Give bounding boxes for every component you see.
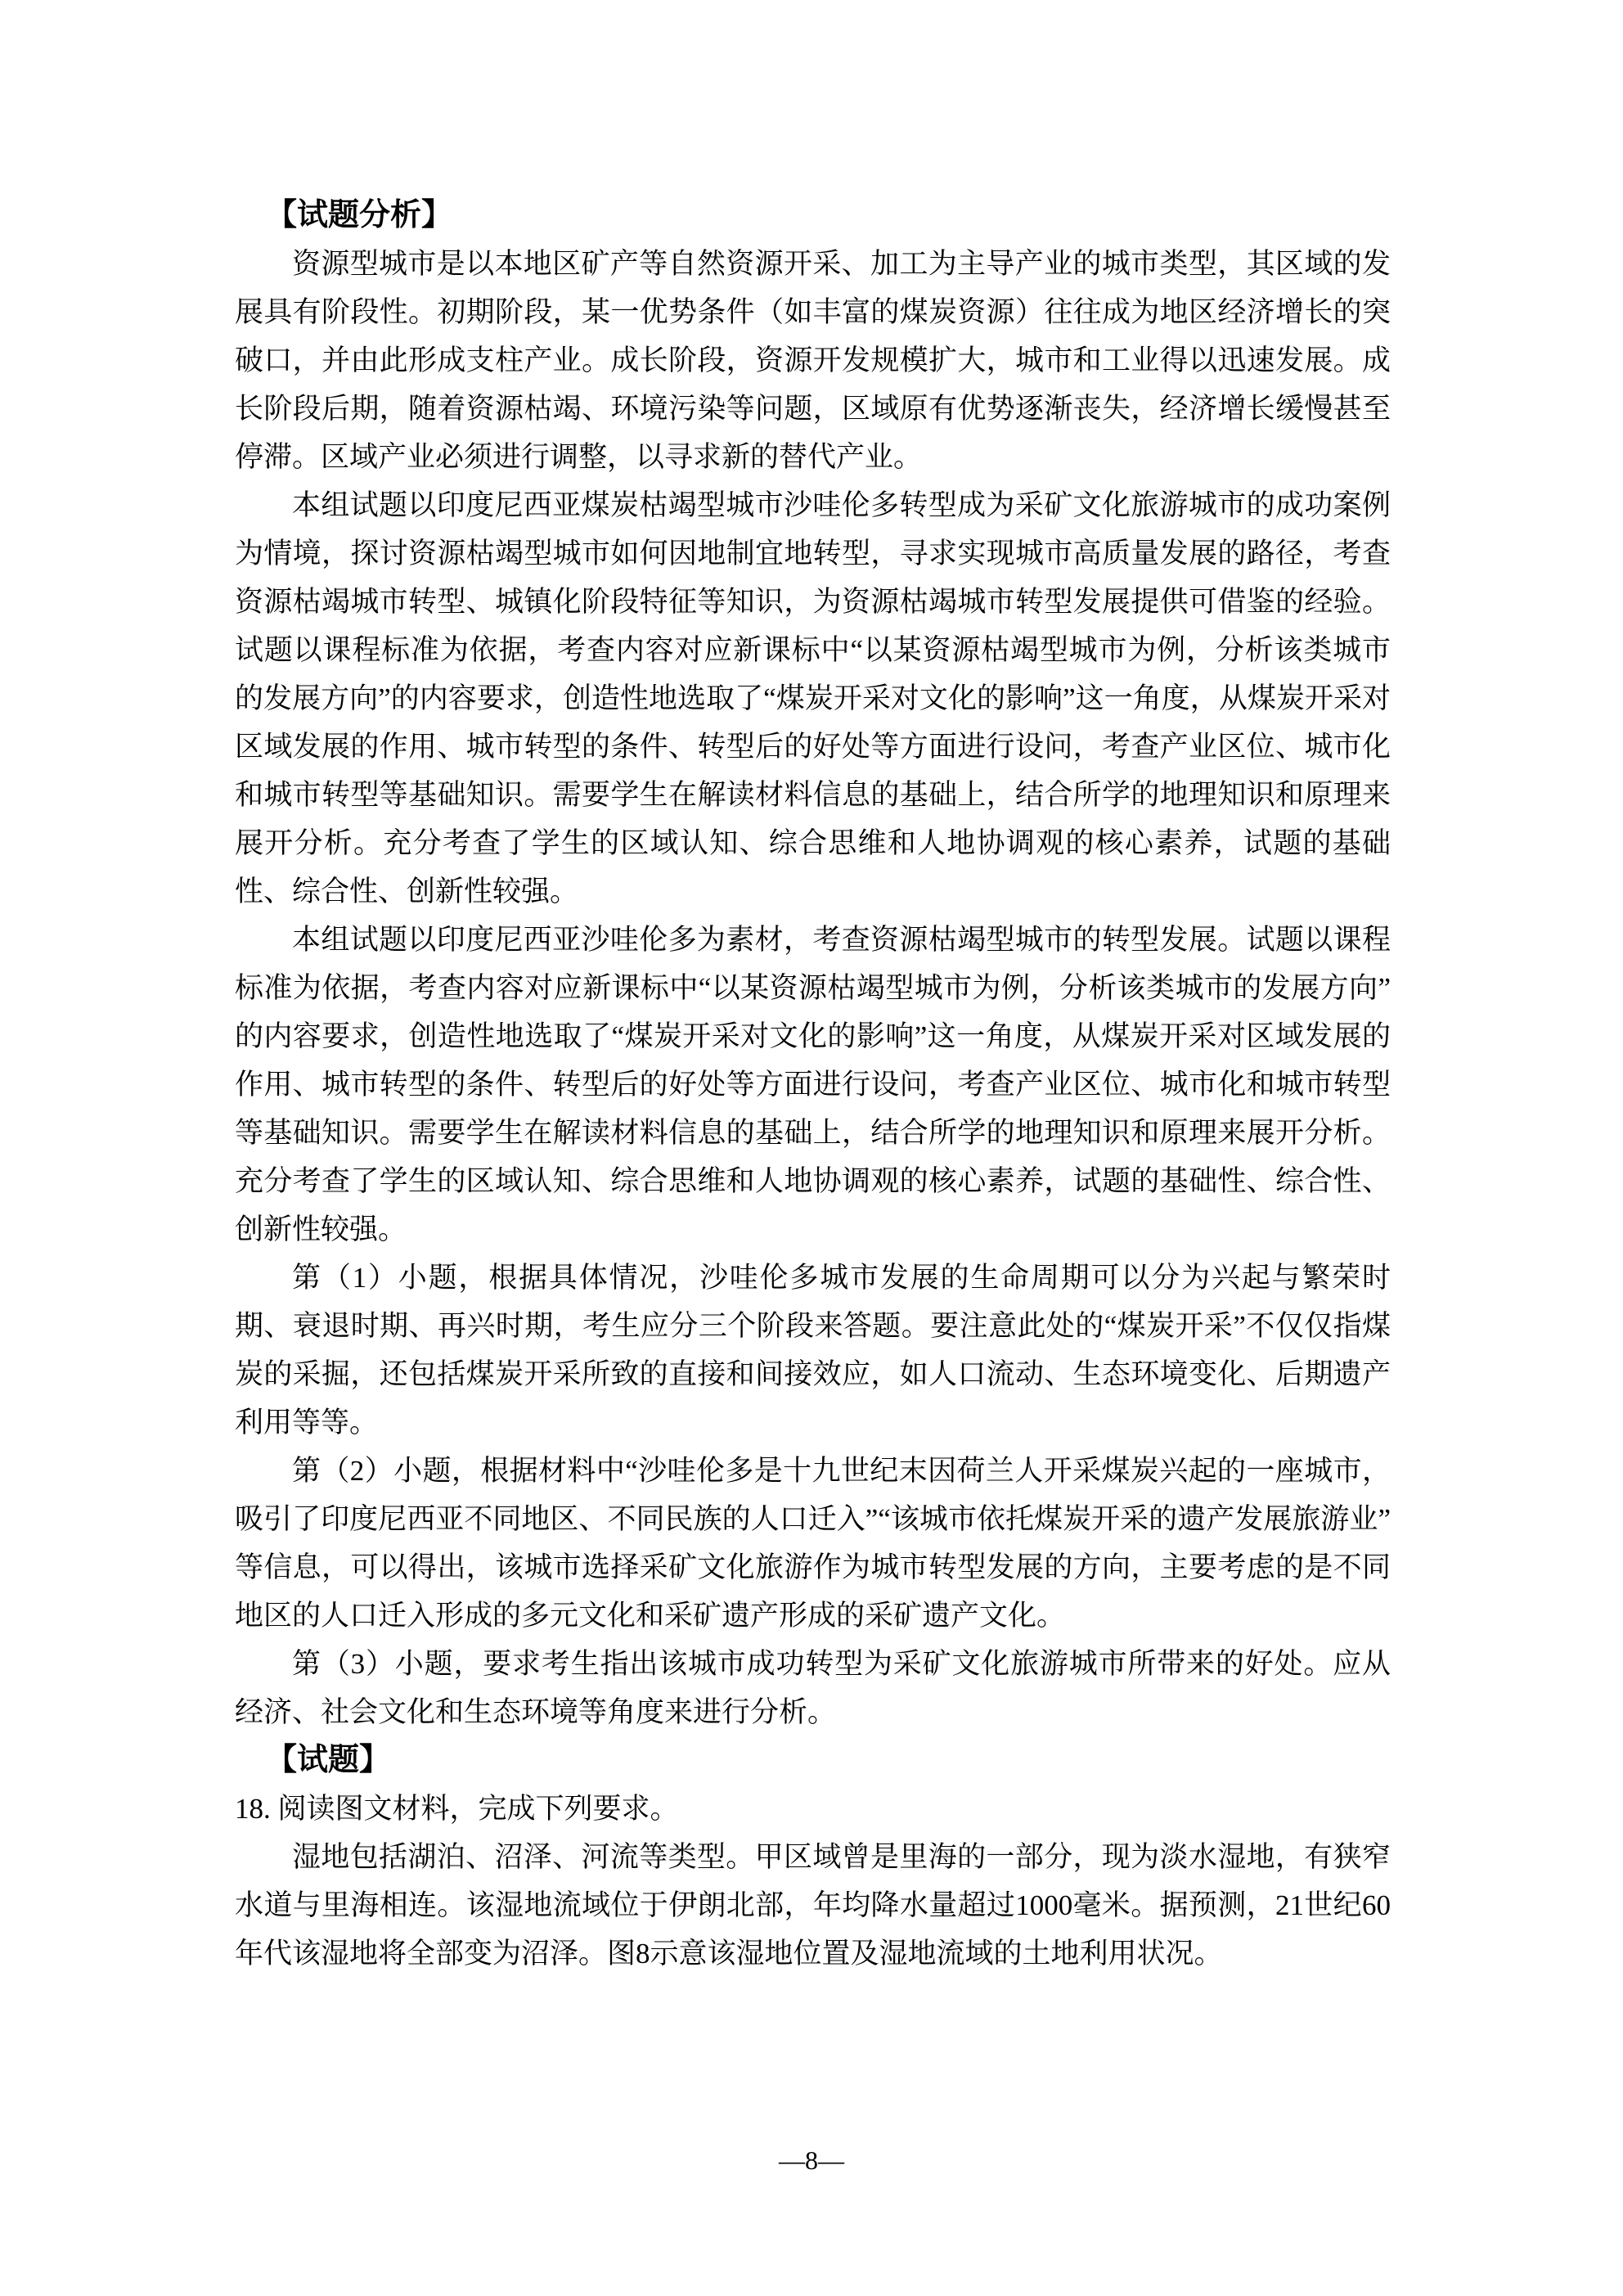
section-heading-question: 【试题】: [235, 1736, 1391, 1785]
analysis-paragraph-subquestion-1: 第（1）小题，根据具体情况，沙哇伦多城市发展的生命周期可以分为兴起与繁荣时期、衰…: [235, 1254, 1391, 1447]
question-18-material-paragraph: 湿地包括湖泊、沼泽、河流等类型。甲区域曾是里海的一部分，现为淡水湿地，有狭窄水道…: [235, 1833, 1391, 1978]
analysis-paragraph-subquestion-2: 第（2）小题，根据材料中“沙哇伦多是十九世纪末因荷兰人开采煤炭兴起的一座城市，吸…: [235, 1447, 1391, 1640]
analysis-paragraph-resource-city-stages: 资源型城市是以本地区矿产等自然资源开采、加工为主导产业的城市类型，其区域的发展具…: [235, 240, 1391, 481]
analysis-paragraph-question-context: 本组试题以印度尼西亚煤炭枯竭型城市沙哇伦多转型成为采矿文化旅游城市的成功案例为情…: [235, 481, 1391, 916]
analysis-paragraph-question-context-2: 本组试题以印度尼西亚沙哇伦多为素材，考查资源枯竭型城市的转型发展。试题以课程标准…: [235, 916, 1391, 1254]
analysis-paragraph-subquestion-3: 第（3）小题，要求考生指出该城市成功转型为采矿文化旅游城市所带来的好处。应从经济…: [235, 1640, 1391, 1736]
section-heading-analysis: 【试题分析】: [235, 191, 1391, 240]
document-content: 【试题分析】 资源型城市是以本地区矿产等自然资源开采、加工为主导产业的城市类型，…: [235, 191, 1391, 1978]
page-number: —8—: [0, 2145, 1623, 2176]
question-18-lead-line: 18. 阅读图文材料，完成下列要求。: [235, 1785, 1391, 1833]
document-page: 【试题分析】 资源型城市是以本地区矿产等自然资源开采、加工为主导产业的城市类型，…: [0, 0, 1623, 2296]
